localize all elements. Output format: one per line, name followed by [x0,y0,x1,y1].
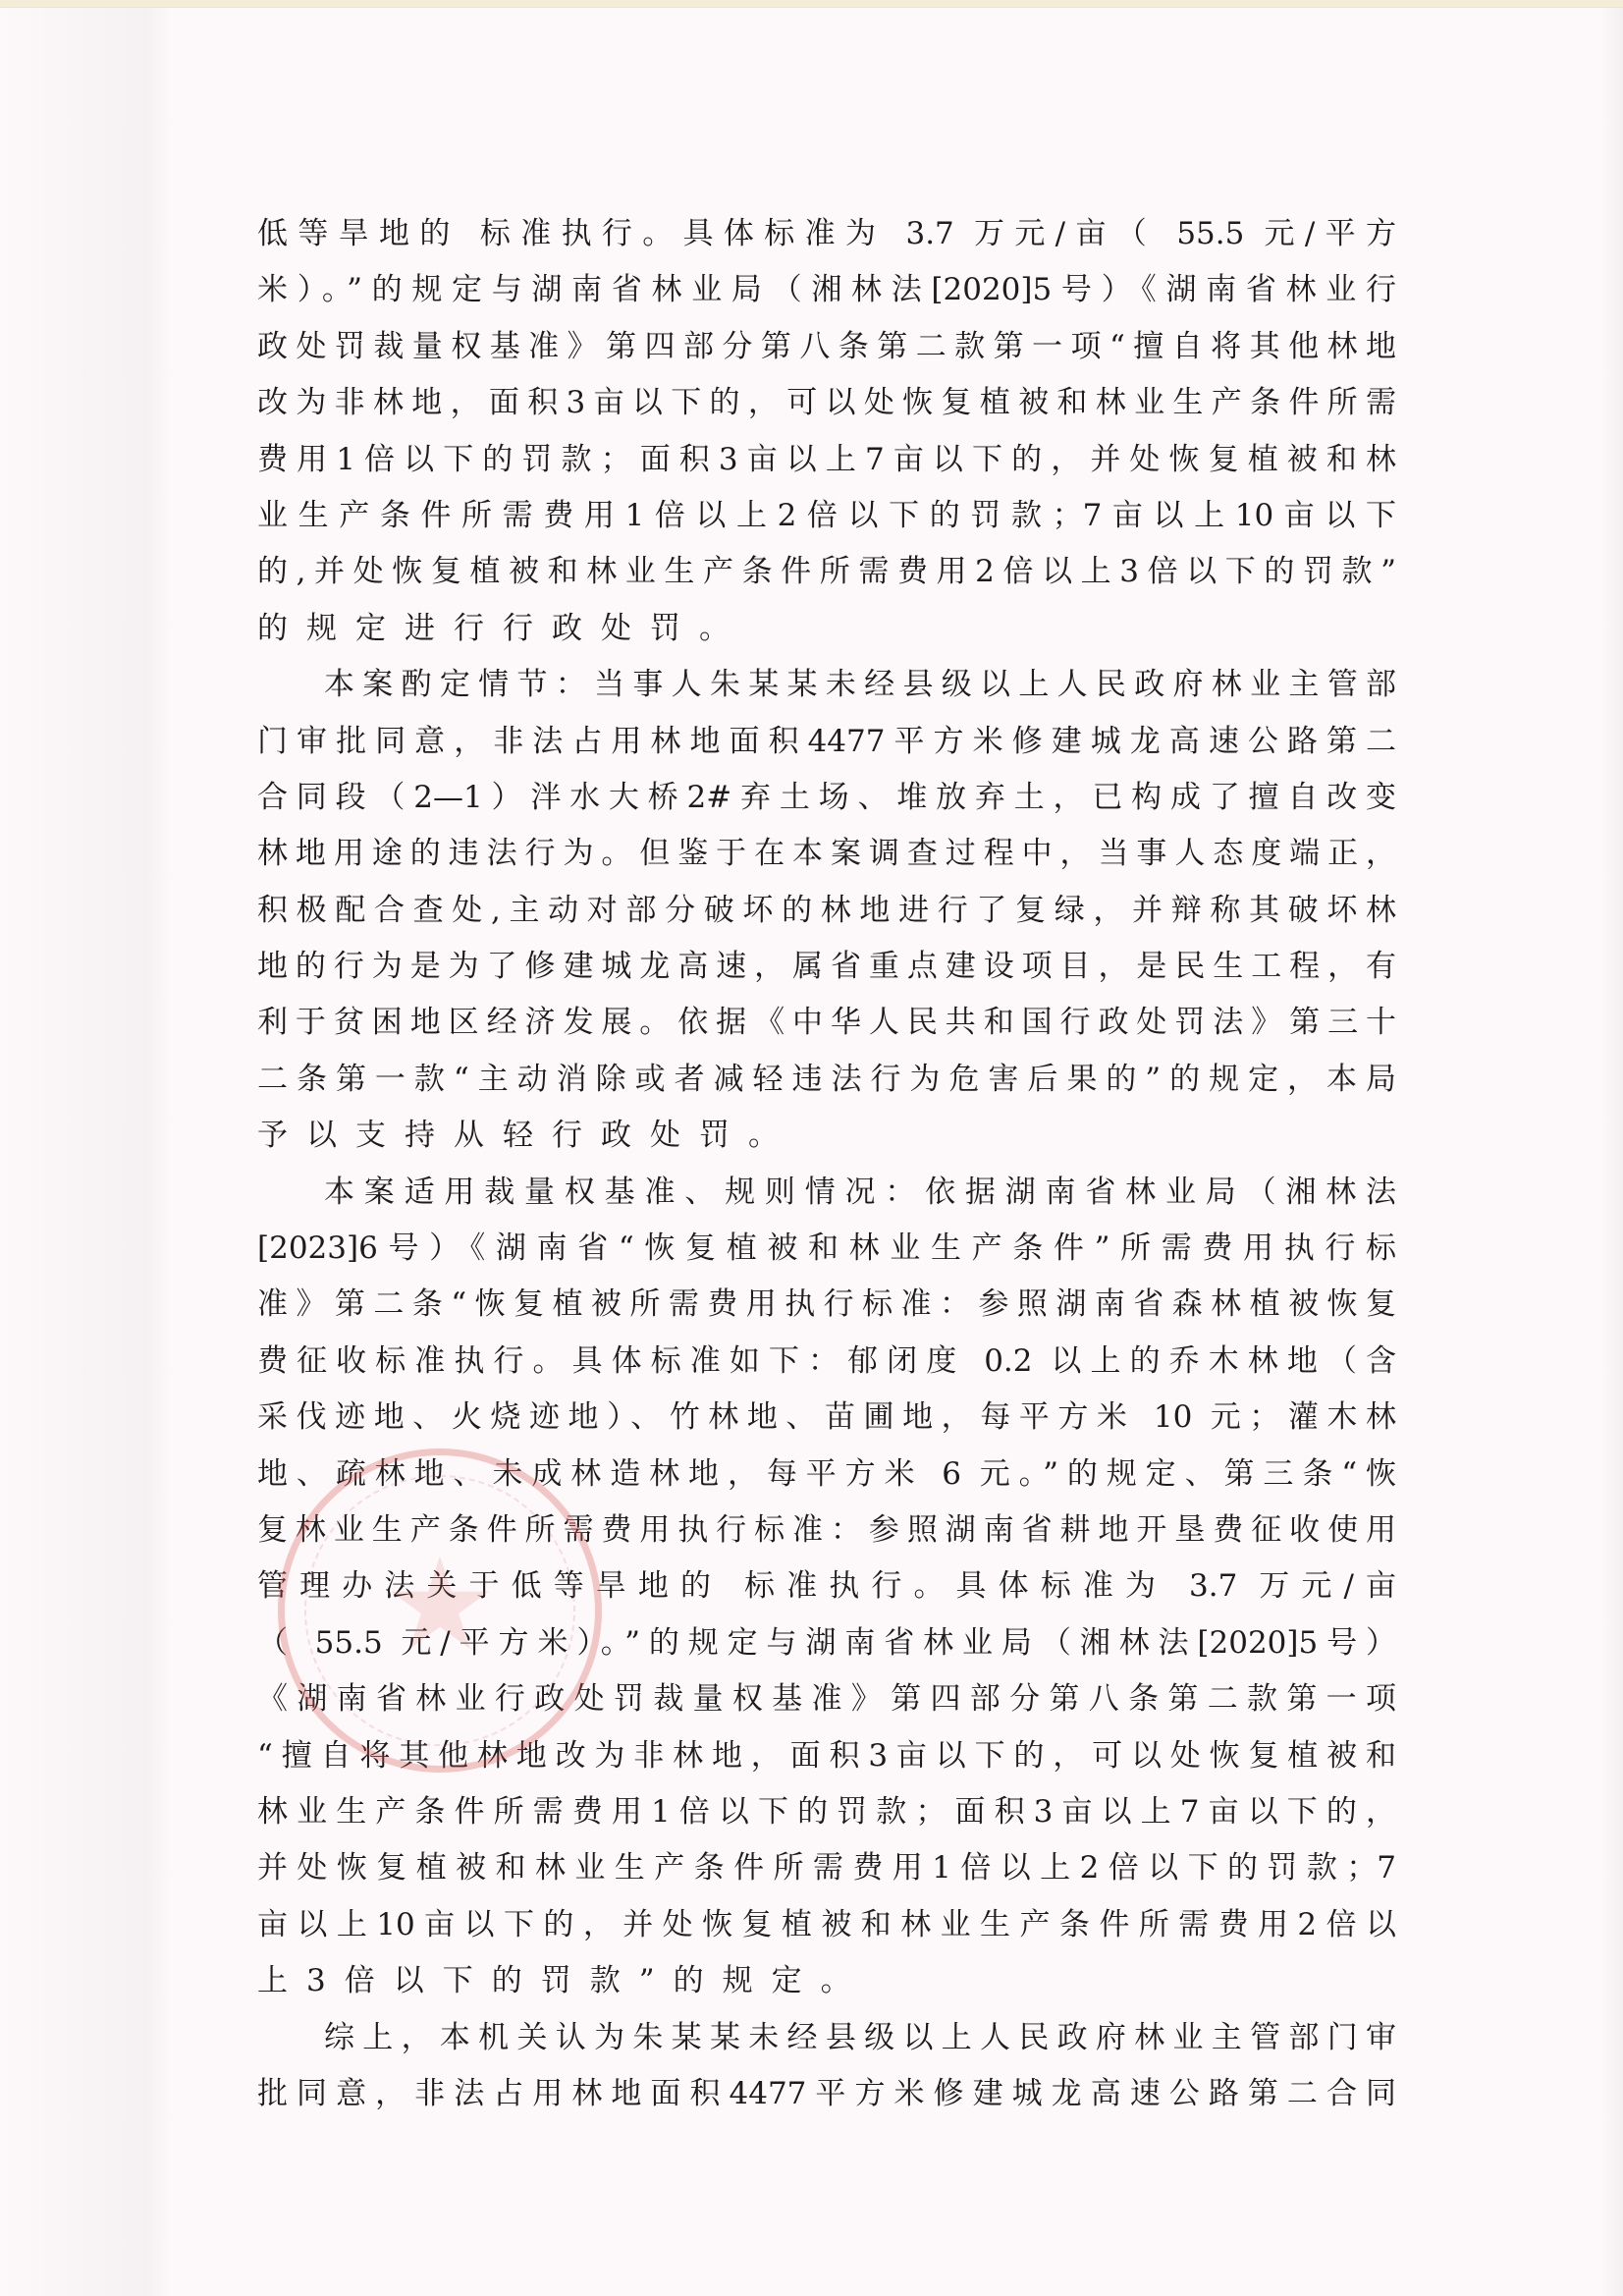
text-line: 费征收标准执行。具体标准如下：郁闭度 0.2 以上的乔木林地（含 [257,1339,1396,1395]
text-line: 准》第二条“恢复植被所需费用执行标准：参照湖南省森林植被恢复 [257,1283,1396,1339]
text-line: 政处罚裁量权基准》第四部分第八条第二款第一项“擅自将其他林地 [257,325,1396,381]
text-line: 林地用途的违法行为。但鉴于在本案调查过程中，当事人态度端正， [257,832,1396,888]
text-line: 并处恢复植被和林业生产条件所需费用1倍以上2倍以下的罚款；7 [257,1846,1396,1902]
text-line: “擅自将其他林地改为非林地，面积3亩以下的，可以处恢复植被和 [257,1734,1396,1790]
paragraph-discretion-standards: 本案适用裁量权基准、规则情况：依据湖南省林业局（湘林法 [2023]6号）《湖南… [257,1171,1396,2016]
text-line: 地的行为是为了修建城龙高速，属省重点建设项目，是民生工程，有 [257,945,1396,1001]
scanned-page: 低等旱地的 标准执行。具体标准为 3.7 万元/亩（ 55.5 元/平方 米）。… [0,0,1623,2296]
text-line: 米）。”的规定与湖南省林业局（湘林法[2020]5号）《湖南省林业行 [257,268,1396,324]
text-line: [2023]6号）《湖南省“恢复植被和林业生产条件”所需费用执行标 [257,1227,1396,1283]
text-line: 利于贫困地区经济发展。依据《中华人民共和国行政处罚法》第三十 [257,1001,1396,1057]
text-line: 采伐迹地、火烧迹地）、竹林地、苗圃地，每平方米 10 元；灌木林 [257,1395,1396,1451]
text-line: 林业生产条件所需费用1倍以下的罚款；面积3亩以上7亩以下的， [257,1790,1396,1846]
paragraph-conclusion: 综上，本机关认为朱某某未经县级以上人民政府林业主管部门审 批同意，非法占用林地面… [257,2016,1396,2129]
text-line: 业生产条件所需费用1倍以上2倍以下的罚款；7亩以上10亩以下 [257,494,1396,550]
text-line: 批同意，非法占用林地面积4477平方米修建城龙高速公路第二合同 [257,2072,1396,2128]
paragraph-continued: 低等旱地的 标准执行。具体标准为 3.7 万元/亩（ 55.5 元/平方 米）。… [257,212,1396,663]
paragraph-mitigating-circumstances: 本案酌定情节：当事人朱某某未经县级以上人民政府林业主管部 门审批同意，非法占用林… [257,663,1396,1171]
text-line: 予以支持从轻行政处罚。 [257,1114,1396,1170]
text-line: 积极配合查处,主动对部分破坏的林地进行了复绿，并辩称其破坏林 [257,889,1396,945]
text-line: 本案酌定情节：当事人朱某某未经县级以上人民政府林业主管部 [257,663,1396,719]
text-line: 上3倍以下的罚款”的规定。 [257,1959,1396,2015]
text-line: 本案适用裁量权基准、规则情况：依据湖南省林业局（湘林法 [257,1171,1396,1227]
text-line: 改为非林地，面积3亩以下的，可以处恢复植被和林业生产条件所需 [257,381,1396,437]
text-line: 《湖南省林业行政处罚裁量权基准》第四部分第八条第二款第一项 [257,1677,1396,1733]
text-line: 地、疏林地、未成林造林地，每平方米 6 元。”的规定、第三条“恢 [257,1452,1396,1508]
text-line: 的,并处恢复植被和林业生产条件所需费用2倍以上3倍以下的罚款” [257,550,1396,606]
document-body: 低等旱地的 标准执行。具体标准为 3.7 万元/亩（ 55.5 元/平方 米）。… [257,212,1396,2128]
scan-edge-strip [0,0,1623,8]
text-line: （ 55.5 元/平方米）。”的规定与湖南省林业局（湘林法[2020]5号） [257,1621,1396,1677]
text-line: 复林业生产条件所需费用执行标准：参照湖南省耕地开垦费征收使用 [257,1508,1396,1564]
text-line: 亩以上10亩以下的，并处恢复植被和林业生产条件所需费用2倍以 [257,1903,1396,1959]
text-line: 综上，本机关认为朱某某未经县级以上人民政府林业主管部门审 [257,2016,1396,2072]
text-line: 费用1倍以下的罚款；面积3亩以上7亩以下的，并处恢复植被和林 [257,438,1396,494]
text-line: 的规定进行行政处罚。 [257,607,1396,663]
text-line: 管理办法关于低等旱地的 标准执行。具体标准为 3.7 万元/亩 [257,1564,1396,1620]
text-line: 门审批同意，非法占用林地面积4477平方米修建城龙高速公路第二 [257,720,1396,776]
text-line: 二条第一款“主动消除或者减轻违法行为危害后果的”的规定，本局 [257,1058,1396,1114]
text-line: 低等旱地的 标准执行。具体标准为 3.7 万元/亩（ 55.5 元/平方 [257,212,1396,268]
text-line: 合同段（2—1）泮水大桥2#弃土场、堆放弃土，已构成了擅自改变 [257,776,1396,832]
